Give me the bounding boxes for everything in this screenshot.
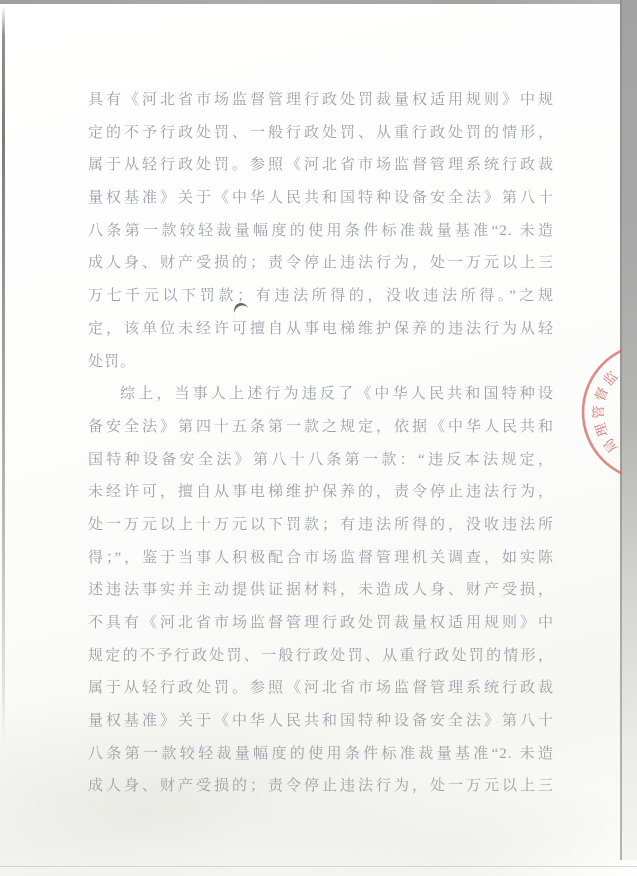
- paper-edge-right: [620, 0, 637, 860]
- document-line: 定的不予行政处罚、一般行政处罚、从重行政处罚的情形，: [88, 117, 554, 150]
- paper-edge-bottom: [0, 866, 637, 867]
- document-line: 八条第一款较轻裁量幅度的使用条件标准裁量基准“2. 未造: [88, 215, 554, 248]
- paper-edge-left: [2, 6, 5, 746]
- official-seal: 局理管督监: [566, 340, 622, 490]
- document-line: 量权基准》关于《中华人民共和国特种设备安全法》第八十: [88, 705, 554, 738]
- document-line: 属于从轻行政处罚。参照《河北省市场监督管理系统行政裁: [88, 672, 554, 705]
- document-line: 处罚。: [88, 346, 554, 379]
- document-line: 具有《河北省市场监督管理行政处罚裁量权适用规则》中规: [88, 84, 554, 117]
- document-line: 未经许可，擅自从事电梯维护保养的，责令停止违法行为，: [88, 476, 554, 509]
- document-line: 属于从轻行政处罚。参照《河北省市场监督管理系统行政裁: [88, 149, 554, 182]
- document-line: 定，该单位未经许可擅自从事电梯维护保养的违法行为从轻: [88, 313, 554, 346]
- document-line: 规定的不予行政处罚、一般行政处罚、从重行政处罚的情形，: [88, 640, 554, 673]
- document-line: 述违法事实并主动提供证据材料，未造成人身、财产受损，: [88, 574, 554, 607]
- document-line: 不具有《河北省市场监督管理行政处罚裁量权适用规则》中: [88, 607, 554, 640]
- document-line: 八条第一款较轻裁量幅度的使用条件标准裁量基准“2. 未造: [88, 738, 554, 771]
- document-line: 得；”，鉴于当事人积极配合市场监督管理机关调查，如实陈: [88, 542, 554, 575]
- scanner-edge-top: [0, 0, 637, 4]
- document-line: 万七千元以下罚款；有违法所得的，没收违法所得。”之规: [88, 280, 554, 313]
- seal-text: 局理管督监: [591, 366, 622, 456]
- document-line: 国特种设备安全法》第八十八条第一款：“违反本法规定，: [88, 444, 554, 477]
- document-line: 成人身、财产受损的；责令停止违法行为，处一万元以上三: [88, 770, 554, 803]
- document-line: 量权基准》关于《中华人民共和国特种设备安全法》第八十: [88, 182, 554, 215]
- document-line: 综上，当事人上述行为违反了《中华人民共和国特种设: [88, 378, 554, 411]
- scanned-page: 具有《河北省市场监督管理行政处罚裁量权适用规则》中规 定的不予行政处罚、一般行政…: [0, 0, 637, 876]
- document-text: 具有《河北省市场监督管理行政处罚裁量权适用规则》中规 定的不予行政处罚、一般行政…: [88, 84, 554, 803]
- document-line: 成人身、财产受损的；责令停止违法行为，处一万元以上三: [88, 247, 554, 280]
- document-line: 备安全法》第四十五条第一款之规定，依据《中华人民共和: [88, 411, 554, 444]
- document-line: 处一万元以上十万元以下罚款；有违法所得的，没收违法所: [88, 509, 554, 542]
